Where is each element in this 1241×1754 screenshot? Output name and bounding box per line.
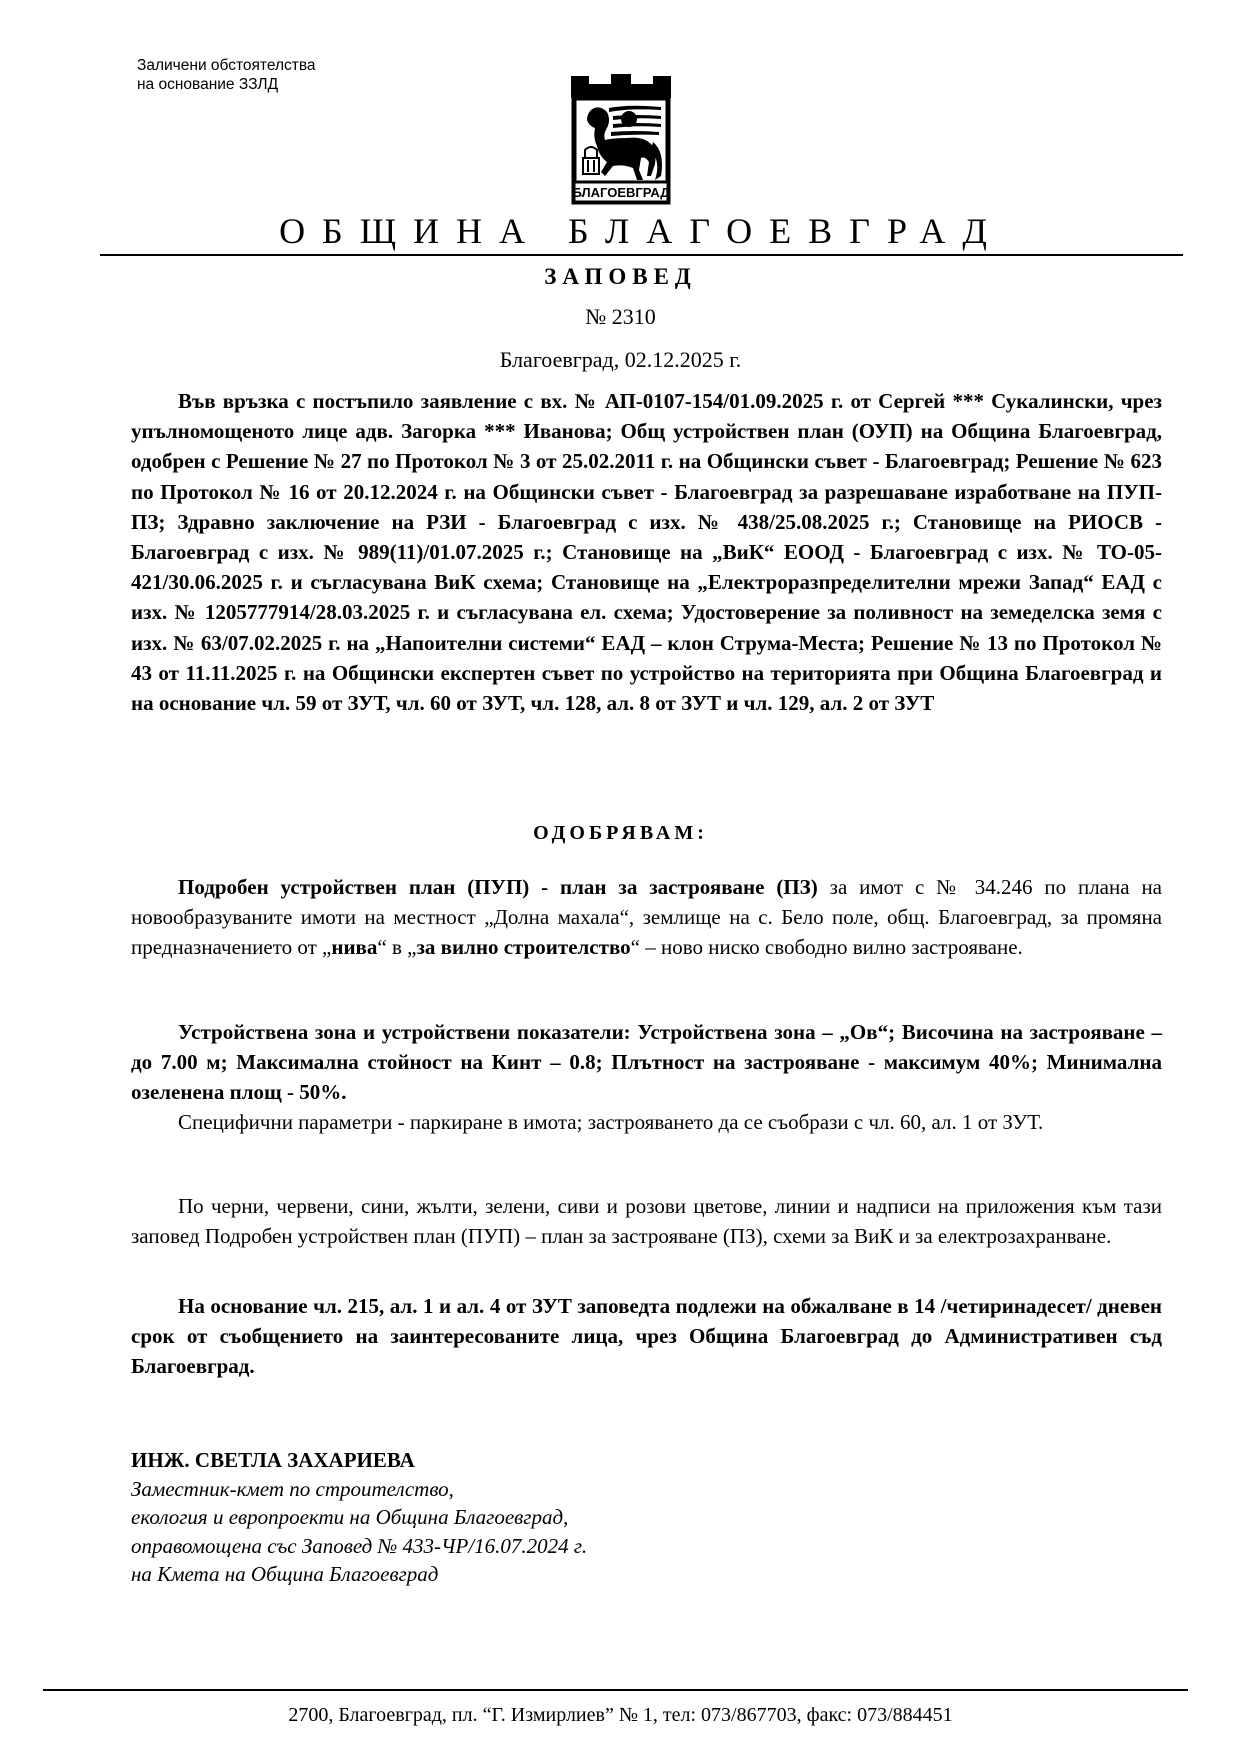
signatory-name: ИНЖ. СВЕТЛА ЗАХАРИЕВА <box>131 1446 587 1475</box>
plan-paragraph: Подробен устройствен план (ПУП) - план з… <box>131 872 1162 963</box>
header-divider <box>100 254 1183 256</box>
signatory-role-line-1: Заместник-кмет по строителство, <box>131 1475 587 1504</box>
appeal-text: На основание чл. 215, ал. 1 и ал. 4 от З… <box>131 1291 1162 1382</box>
plan-text-3: “ – ново ниско свободно вилно застрояван… <box>631 935 1023 959</box>
redaction-note-line-2: на основание ЗЗЛД <box>137 75 316 94</box>
intro-paragraph-text: Във връзка с постъпило заявление с вх. №… <box>131 386 1162 718</box>
order-place-date: Благоевград, 02.12.2025 г. <box>0 345 1241 375</box>
plan-to-use: за вилно строителство <box>416 935 630 959</box>
footer-address: 2700, Благоевград, пл. “Г. Измирлиев” № … <box>0 1702 1241 1728</box>
redaction-note-line-1: Заличени обстоятелства <box>137 56 316 75</box>
footer-divider <box>43 1689 1188 1691</box>
plan-from-use: нива <box>331 935 377 959</box>
signatory-role-line-3: оправомощена със Заповед № 433-ЧР/16.07.… <box>131 1532 587 1561</box>
svg-text:БЛАГОЕВГРАД: БЛАГОЕВГРАД <box>573 185 671 200</box>
order-number: № 2310 <box>0 302 1241 332</box>
zone-parameters-paragraph: Устройствена зона и устройствени показат… <box>131 1017 1162 1108</box>
zone-parameters-text: Устройствена зона и устройствени показат… <box>131 1017 1162 1108</box>
plan-title: Подробен устройствен план (ПУП) - план з… <box>178 875 818 899</box>
colors-text: По черни, червени, сини, жълти, зелени, … <box>131 1191 1162 1251</box>
specific-parameters-paragraph: Специфични параметри - паркиране в имота… <box>131 1107 1162 1137</box>
redaction-note: Заличени обстоятелства на основание ЗЗЛД <box>137 56 316 94</box>
appeal-paragraph: На основание чл. 215, ал. 1 и ал. 4 от З… <box>131 1291 1162 1382</box>
specific-parameters-text: Специфични параметри - паркиране в имота… <box>131 1107 1162 1137</box>
signatory-role-line-4: на Кмета на Община Благоевград <box>131 1560 587 1589</box>
order-title: ЗАПОВЕД <box>0 262 1241 292</box>
colors-paragraph: По черни, червени, сини, жълти, зелени, … <box>131 1191 1162 1251</box>
intro-paragraph: Във връзка с постъпило заявление с вх. №… <box>131 386 1162 718</box>
approve-heading: ОДОБРЯВАМ: <box>0 818 1241 848</box>
coat-of-arms-horse-icon: БЛАГОЕВГРАД <box>569 72 673 206</box>
municipality-name: ОБЩИНА БЛАГОЕВГРАД <box>100 209 1183 253</box>
signature-block: ИНЖ. СВЕТЛА ЗАХАРИЕВА Заместник-кмет по … <box>131 1446 587 1589</box>
plan-text-2: “ в „ <box>377 935 416 959</box>
signatory-role-line-2: екология и европроекти на Община Благоев… <box>131 1503 587 1532</box>
